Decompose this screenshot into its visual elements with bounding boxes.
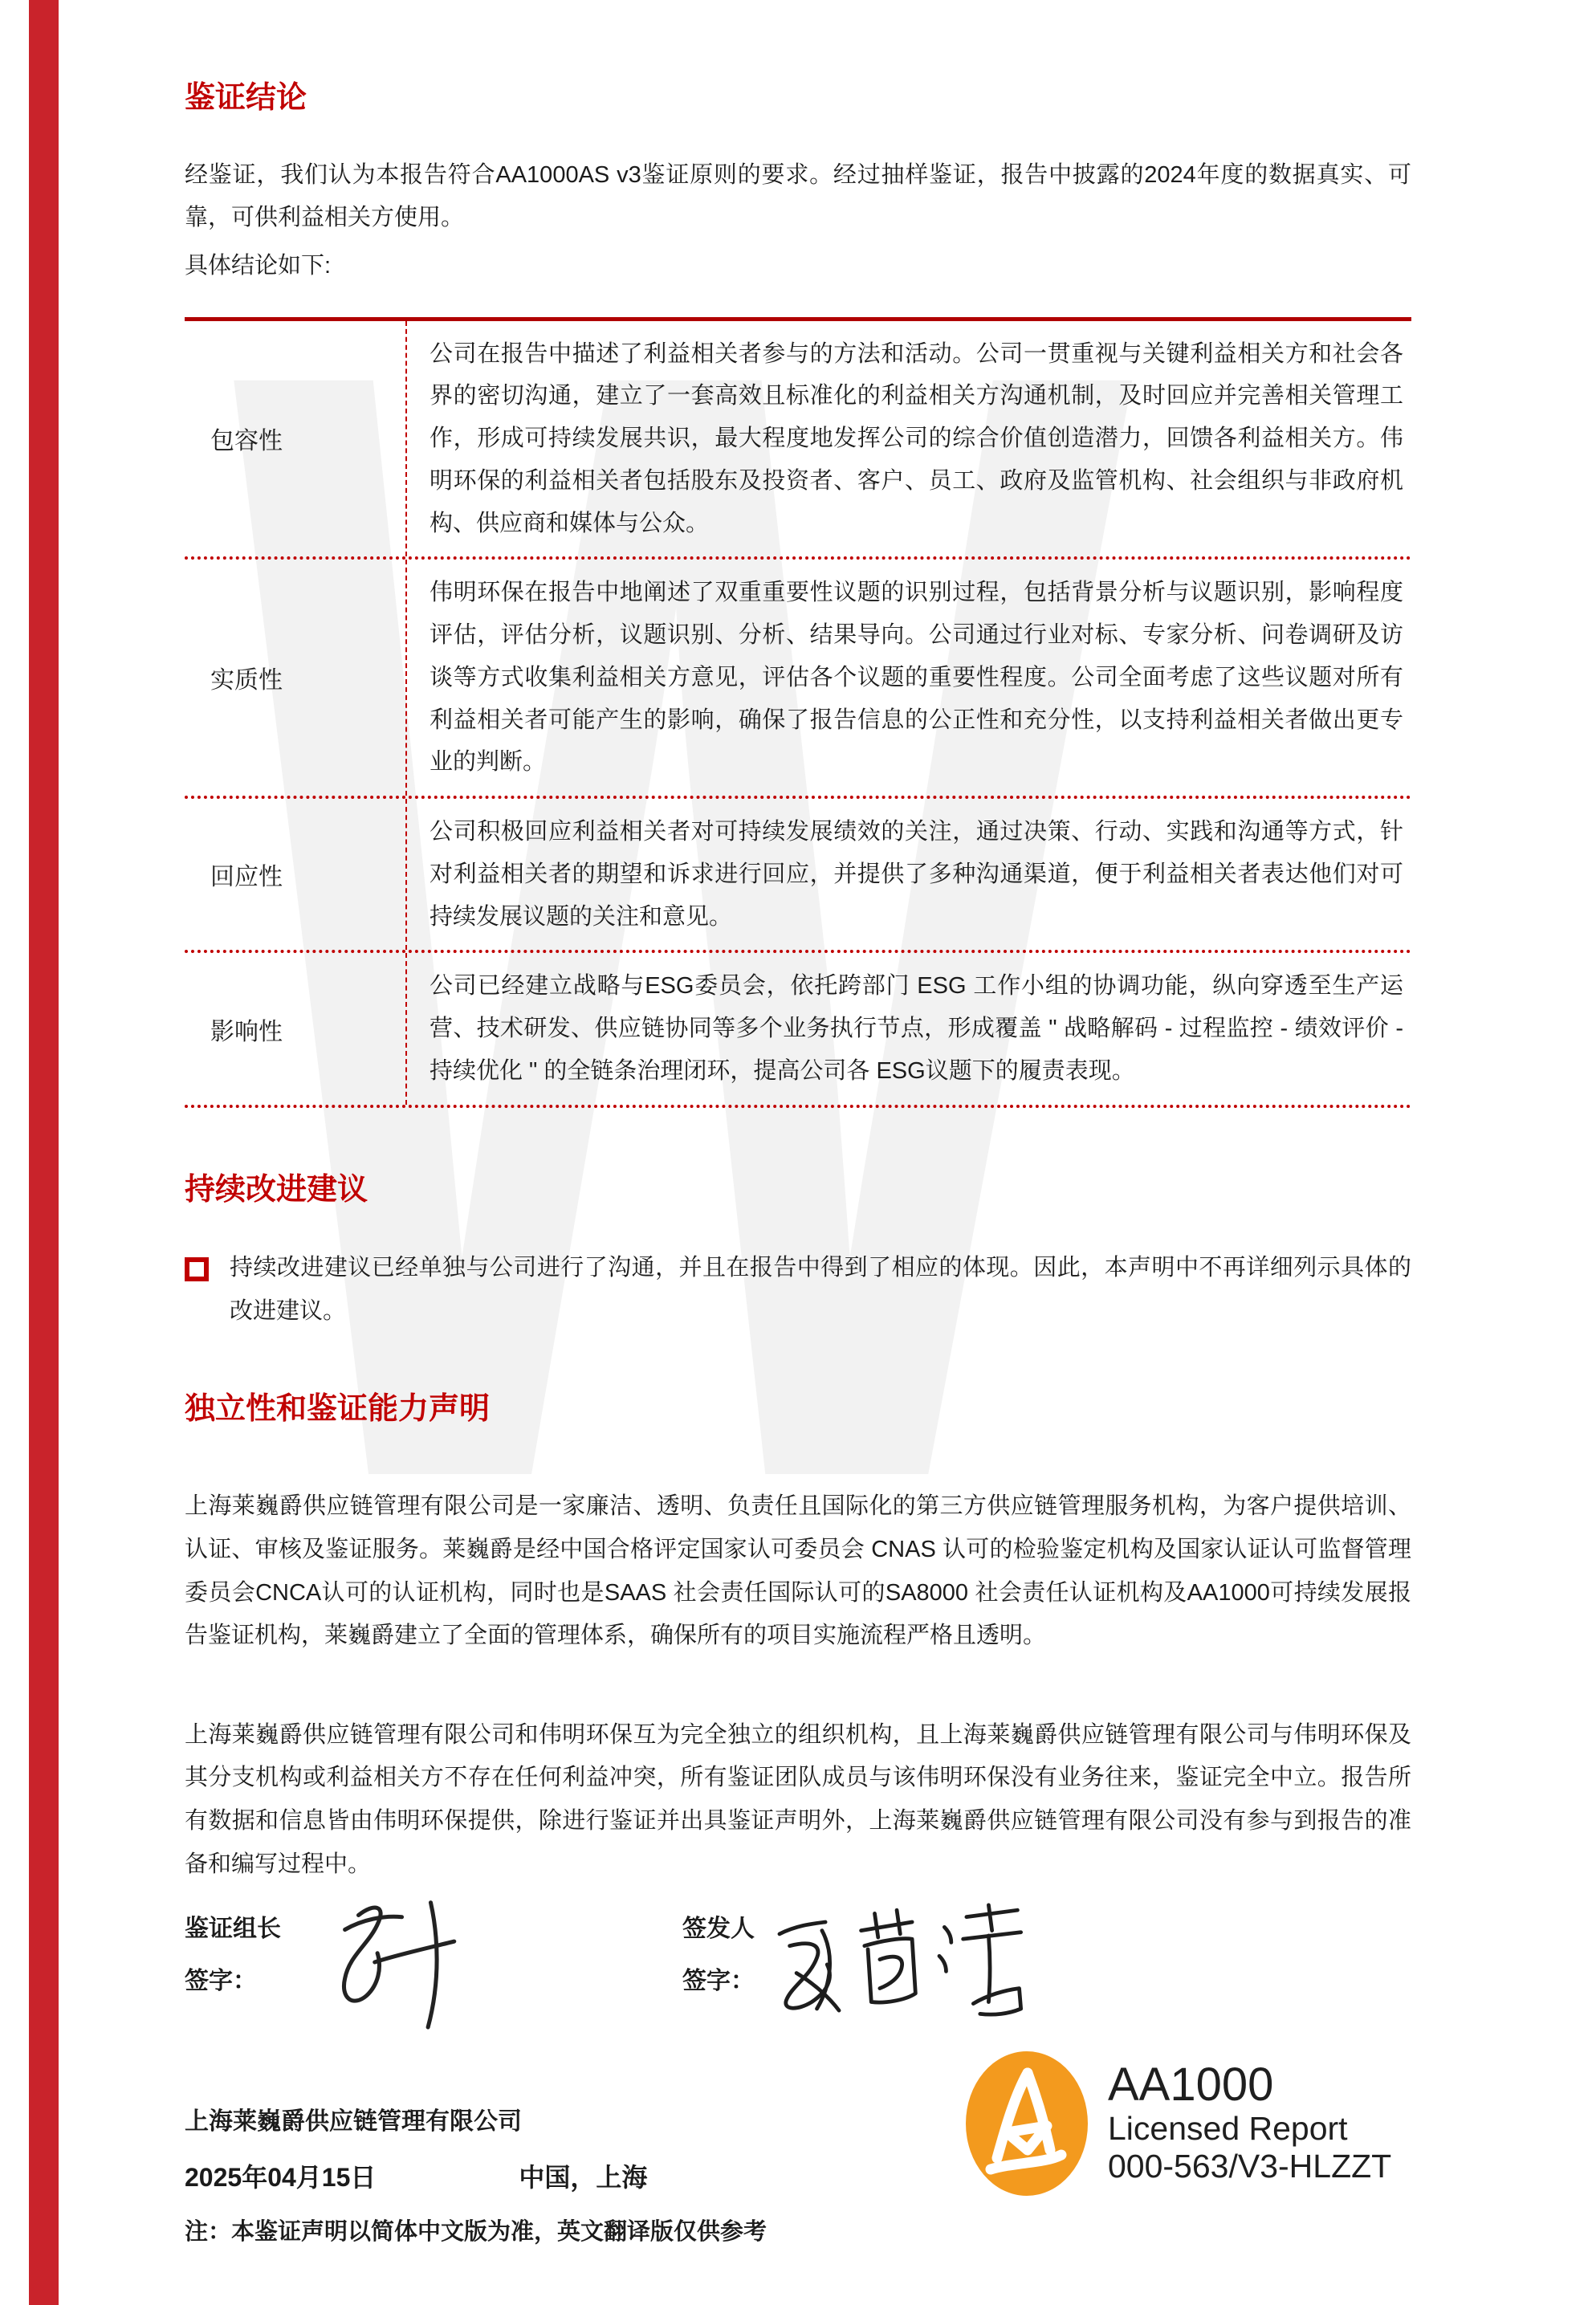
leader-signature-image (292, 1897, 533, 2042)
page-content: 鉴证结论 经鉴证，我们认为本报告符合AA1000AS v3鉴证原则的要求。经过抽… (185, 0, 1411, 2246)
conclusion-intro: 经鉴证，我们认为本报告符合AA1000AS v3鉴证原则的要求。经过抽样鉴证，报… (185, 154, 1411, 240)
principle-text: 公司已经建立战略与ESG委员会，依托跨部门 ESG 工作小组的协调功能，纵向穿透… (405, 953, 1411, 1104)
improvement-title: 持续改进建议 (185, 1172, 1411, 1209)
principle-text: 公司在报告中描述了利益相关者参与的方法和活动。公司一贯重视与关键利益相关方和社会… (405, 321, 1411, 557)
table-row: 包容性 公司在报告中描述了利益相关者参与的方法和活动。公司一贯重视与关键利益相关… (185, 321, 1411, 560)
language-note: 注：本鉴证声明以简体中文版为准，英文翻译版仅供参考 (185, 2213, 1411, 2246)
aa1000-logo-icon (963, 2049, 1090, 2198)
conclusion-title: 鉴证结论 (185, 80, 1411, 117)
table-row: 回应性 公司积极回应利益相关者对可持续发展绩效的关注，通过决策、行动、实践和沟通… (185, 799, 1411, 953)
issuer-signature-image (766, 1897, 1055, 2034)
badge-license-code: 000-563/V3-HLZZT (1108, 2148, 1391, 2185)
issuer-signature-group: 签发人 签字： (682, 1904, 1055, 2056)
signature-block: 鉴证组长 签字： 签发人 签字： (185, 1904, 1411, 2056)
table-row: 影响性 公司已经建立战略与ESG委员会，依托跨部门 ESG 工作小组的协调功能，… (185, 953, 1411, 1104)
independence-paragraph-1: 上海莱巍爵供应链管理有限公司是一家廉洁、透明、负责任且国际化的第三方供应链管理服… (185, 1485, 1411, 1658)
issue-date: 2025年04月15日 (185, 2157, 376, 2194)
improvement-text: 持续改进建议已经单独与公司进行了沟通，并且在报告中得到了相应的体现。因此，本声明… (230, 1247, 1411, 1333)
principle-label: 包容性 (185, 321, 405, 557)
assurance-statement-page: W 鉴证结论 经鉴证，我们认为本报告符合AA1000AS v3鉴证原则的要求。经… (0, 0, 1596, 2305)
badge-subtitle: Licensed Report (1108, 2110, 1391, 2148)
leader-signature-group: 鉴证组长 签字： (185, 1904, 682, 2056)
issue-location: 中国，上海 (519, 2157, 647, 2194)
badge-title: AA1000 (1108, 2061, 1391, 2110)
issuer-role-label: 签发人 (682, 1904, 755, 1956)
independence-title: 独立性和鉴证能力声明 (185, 1391, 1411, 1428)
principle-text: 伟明环保在报告中地阐述了双重重要性议题的识别过程，包括背景分析与议题识别，影响程… (405, 560, 1411, 796)
principle-label: 实质性 (185, 560, 405, 796)
left-accent-bar (29, 0, 59, 2305)
independence-paragraph-2: 上海莱巍爵供应链管理有限公司和伟明环保互为完全独立的组织机构，且上海莱巍爵供应链… (185, 1714, 1411, 1887)
principles-table: 包容性 公司在报告中描述了利益相关者参与的方法和活动。公司一贯重视与关键利益相关… (185, 317, 1411, 1108)
table-row: 实质性 伟明环保在报告中地阐述了双重重要性议题的识别过程，包括背景分析与议题识别… (185, 560, 1411, 799)
principle-label: 影响性 (185, 953, 405, 1104)
issuer-sign-label: 签字： (682, 1956, 755, 2008)
leader-role-label: 鉴证组长 (185, 1904, 281, 1956)
principle-text: 公司积极回应利益相关者对可持续发展绩效的关注，通过决策、行动、实践和沟通等方式，… (405, 799, 1411, 950)
conclusion-lead-in: 具体结论如下: (185, 245, 1411, 288)
principle-label: 回应性 (185, 799, 405, 950)
aa1000-badge: AA1000 Licensed Report 000-563/V3-HLZZT (963, 2049, 1391, 2198)
leader-sign-label: 签字： (185, 1956, 281, 2008)
improvement-bullet-item: 持续改进建议已经单独与公司进行了沟通，并且在报告中得到了相应的体现。因此，本声明… (185, 1247, 1411, 1333)
square-bullet-icon (185, 1257, 209, 1281)
